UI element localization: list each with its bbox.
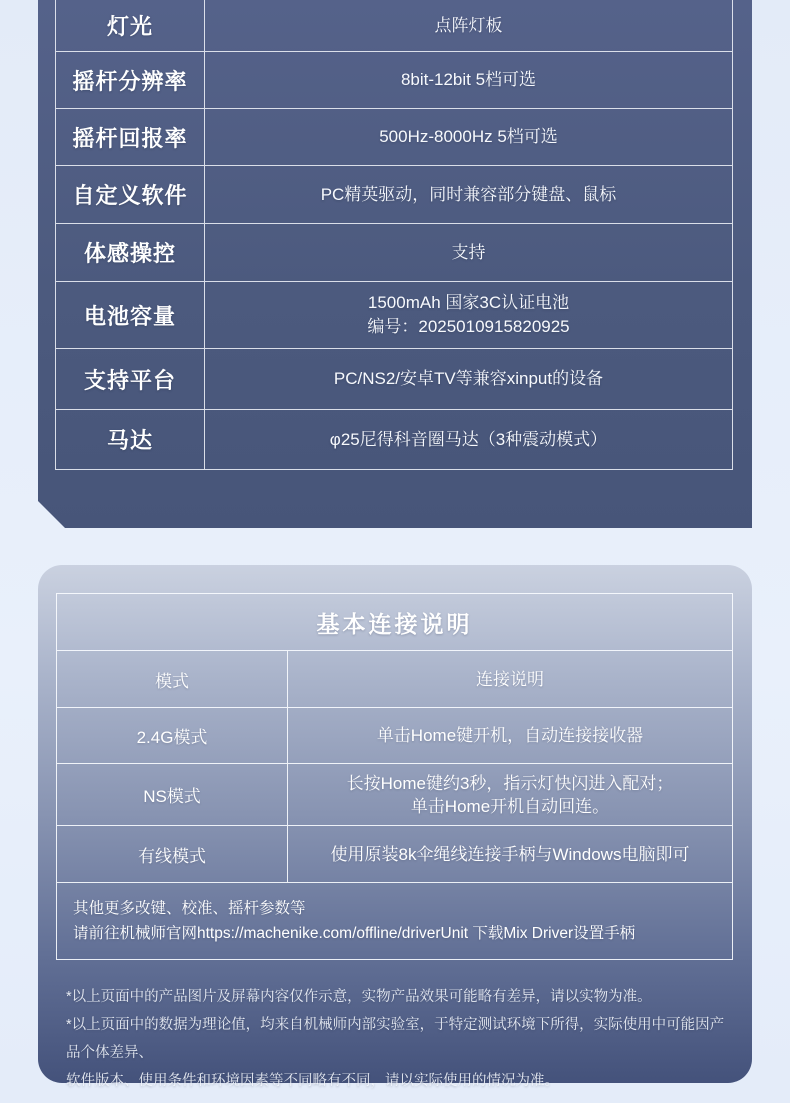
connection-desc: 单击Home键开机，自动连接接收器 bbox=[288, 708, 732, 763]
spec-value-text: 1500mAh 国家3C认证电池 bbox=[368, 291, 569, 315]
connection-table-title: 基本连接说明 bbox=[57, 594, 732, 651]
spec-label: 体感操控 bbox=[56, 224, 205, 281]
disclaimer: *以上页面中的产品图片及屏幕内容仅作示意，实物产品效果可能略有差异，请以实物为准… bbox=[66, 983, 730, 1095]
spec-label: 灯光 bbox=[56, 0, 205, 51]
spec-value: PC/NS2/安卓TV等兼容xinput的设备 bbox=[205, 349, 732, 409]
connection-row-wired: 有线模式 使用原装8k伞绳线连接手柄与Windows电脑即可 bbox=[57, 826, 732, 883]
spec-value-text: PC精英驱动，同时兼容部分键盘、鼠标 bbox=[321, 183, 617, 207]
spec-value: 8bit-12bit 5档可选 bbox=[205, 52, 732, 108]
connection-note: 其他更多改键、校准、摇杆参数等 请前往机械师官网https://machenik… bbox=[57, 883, 732, 959]
spec-label: 摇杆分辨率 bbox=[56, 52, 205, 108]
connection-desc-text: 单击Home键开机，自动连接接收器 bbox=[377, 724, 643, 747]
disclaimer-line2: *以上页面中的数据为理论值，均来自机械师内部实验室，于特定测试环境下所得，实际使… bbox=[66, 1011, 730, 1067]
connection-desc-text-line2: 单击Home开机自动回连。 bbox=[411, 795, 609, 818]
spec-value: 500Hz-8000Hz 5档可选 bbox=[205, 109, 732, 165]
spec-row-motor: 马达 φ25尼得科音圈马达（3种震动模式） bbox=[56, 409, 732, 469]
spec-label: 摇杆回报率 bbox=[56, 109, 205, 165]
connection-desc: 长按Home键约3秒，指示灯快闪进入配对； 单击Home开机自动回连。 bbox=[288, 764, 732, 825]
spec-row-stick-resolution: 摇杆分辨率 8bit-12bit 5档可选 bbox=[56, 51, 732, 108]
connection-table: 基本连接说明 模式 连接说明 2.4G模式 单击Home键开机，自动连接接收器 … bbox=[56, 593, 733, 960]
connection-mode: 2.4G模式 bbox=[57, 708, 288, 763]
spec-row-polling-rate: 摇杆回报率 500Hz-8000Hz 5档可选 bbox=[56, 108, 732, 165]
spec-value-text: 500Hz-8000Hz 5档可选 bbox=[379, 125, 558, 149]
spec-value: φ25尼得科音圈马达（3种震动模式） bbox=[205, 410, 732, 469]
spec-label: 自定义软件 bbox=[56, 166, 205, 223]
connection-mode: 有线模式 bbox=[57, 826, 288, 882]
spec-value: 点阵灯板 bbox=[205, 0, 732, 51]
spec-panel: 灯光 点阵灯板 摇杆分辨率 8bit-12bit 5档可选 摇杆回报率 500H… bbox=[38, 0, 752, 528]
spec-value-text: 8bit-12bit 5档可选 bbox=[401, 68, 536, 92]
connection-desc: 使用原装8k伞绳线连接手柄与Windows电脑即可 bbox=[288, 826, 732, 882]
connection-panel: 基本连接说明 模式 连接说明 2.4G模式 单击Home键开机，自动连接接收器 … bbox=[38, 565, 752, 1083]
spec-row-battery: 电池容量 1500mAh 国家3C认证电池 编号：202501091582092… bbox=[56, 281, 732, 348]
connection-desc-text: 使用原装8k伞绳线连接手柄与Windows电脑即可 bbox=[331, 843, 690, 866]
spec-value-text: PC/NS2/安卓TV等兼容xinput的设备 bbox=[334, 367, 603, 391]
spec-value-text: φ25尼得科音圈马达（3种震动模式） bbox=[330, 428, 607, 452]
spec-value-text: 支持 bbox=[452, 241, 486, 265]
spec-row-custom-software: 自定义软件 PC精英驱动，同时兼容部分键盘、鼠标 bbox=[56, 165, 732, 223]
product-spec-page: 灯光 点阵灯板 摇杆分辨率 8bit-12bit 5档可选 摇杆回报率 500H… bbox=[0, 0, 790, 1103]
connection-header-desc: 连接说明 bbox=[288, 651, 732, 707]
disclaimer-line3: 软件版本、使用条件和环境因素等不同略有不同，请以实际使用的情况为准。 bbox=[66, 1067, 730, 1095]
connection-desc-text: 长按Home键约3秒，指示灯快闪进入配对； bbox=[347, 772, 674, 795]
connection-mode: NS模式 bbox=[57, 764, 288, 825]
spec-value-text-line2: 编号：2025010915820925 bbox=[367, 315, 569, 339]
connection-row-24g: 2.4G模式 单击Home键开机，自动连接接收器 bbox=[57, 708, 732, 764]
spec-value: PC精英驱动，同时兼容部分键盘、鼠标 bbox=[205, 166, 732, 223]
spec-row-motion-control: 体感操控 支持 bbox=[56, 223, 732, 281]
spec-row-light: 灯光 点阵灯板 bbox=[56, 0, 732, 51]
spec-label: 马达 bbox=[56, 410, 205, 469]
connection-row-ns: NS模式 长按Home键约3秒，指示灯快闪进入配对； 单击Home开机自动回连。 bbox=[57, 764, 732, 826]
connection-note-line1: 其他更多改键、校准、摇杆参数等 bbox=[73, 896, 716, 921]
spec-value-text: 点阵灯板 bbox=[435, 14, 503, 38]
spec-table: 灯光 点阵灯板 摇杆分辨率 8bit-12bit 5档可选 摇杆回报率 500H… bbox=[55, 0, 733, 470]
spec-value: 支持 bbox=[205, 224, 732, 281]
spec-label: 支持平台 bbox=[56, 349, 205, 409]
spec-label: 电池容量 bbox=[56, 282, 205, 348]
connection-header-mode: 模式 bbox=[57, 651, 288, 707]
connection-note-line2: 请前往机械师官网https://machenike.com/offline/dr… bbox=[73, 921, 716, 946]
spec-value: 1500mAh 国家3C认证电池 编号：2025010915820925 bbox=[205, 282, 732, 348]
connection-header-row: 模式 连接说明 bbox=[57, 651, 732, 708]
spec-row-platforms: 支持平台 PC/NS2/安卓TV等兼容xinput的设备 bbox=[56, 348, 732, 409]
disclaimer-line1: *以上页面中的产品图片及屏幕内容仅作示意，实物产品效果可能略有差异，请以实物为准… bbox=[66, 983, 730, 1011]
